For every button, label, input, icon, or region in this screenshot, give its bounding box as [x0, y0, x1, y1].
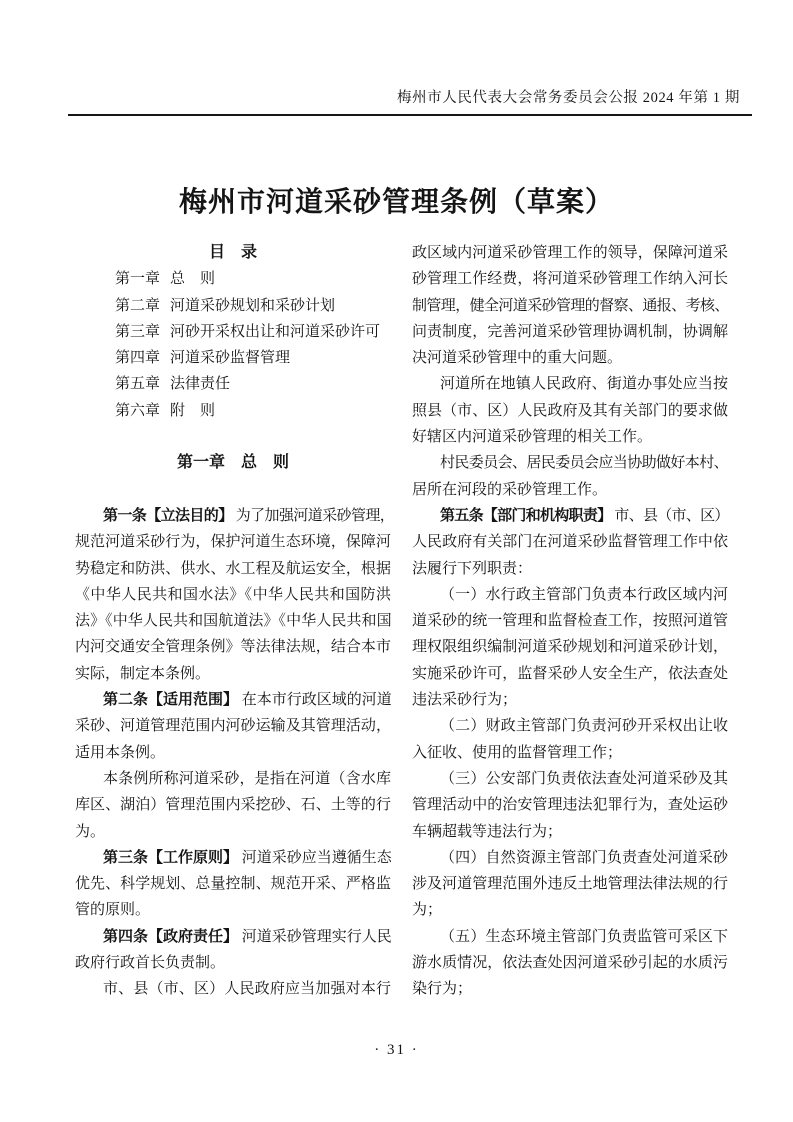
toc-item-title: 河道采砂监督管理	[170, 350, 290, 366]
text-line: 市、县（市、区）人民政府应当加强对本行	[75, 976, 391, 1002]
toc-heading: 目 录	[75, 240, 391, 266]
text-line: 人民政府有关部门在河道采砂监督管理工作中依	[412, 529, 728, 555]
toc-item-title: 河道采砂规划和采砂计划	[170, 298, 335, 314]
text-line: 制管理，健全河道采砂管理的督察、通报、考核、	[412, 293, 728, 319]
left-column-body: 第一条【立法目的】 为了加强河道采砂管理，规范河道采砂行为，保护河道生态环境，保…	[75, 503, 391, 1003]
article-label: 第一条【立法目的】	[103, 507, 233, 524]
text-line: 法履行下列职责：	[412, 556, 728, 582]
text-line: 《中华人民共和国水法》《中华人民共和国防洪	[75, 582, 391, 608]
toc-item: 第四章河道采砂监督管理	[75, 345, 391, 371]
text-line: 道采砂的统一管理和监督检查工作，按照河道管	[412, 608, 728, 634]
text-line: 规范河道采砂行为，保护河道生态环境，保障河	[75, 529, 391, 555]
text-line: （四）自然资源主管部门负责查处河道采砂	[412, 845, 728, 871]
text-line: 优先、科学规划、总量控制、规范开采、严格监	[75, 871, 391, 897]
text-line: 为；	[412, 897, 728, 923]
text-line: 游水质情况，依法查处因河道采砂引起的水质污	[412, 950, 728, 976]
text-line: 照县（市、区）人民政府及其有关部门的要求做	[412, 398, 728, 424]
toc-item: 第三章河砂开采权出让和河道采砂许可	[75, 319, 391, 345]
toc-item-title: 附 则	[170, 403, 215, 419]
text-line: 本条例所称河道采砂，是指在河道（含水库	[75, 766, 391, 792]
right-column: 政区域内河道采砂管理工作的领导，保障河道采砂管理工作经费，将河道采砂管理工作纳入…	[412, 240, 728, 1003]
text-line: 村民委员会、居民委员会应当协助做好本村、	[412, 450, 728, 476]
text-line: 理权限组织编制河道采砂规划和河道采砂计划，	[412, 634, 728, 660]
text-line: 政府行政首长负责制。	[75, 950, 391, 976]
text-line: 决河道采砂管理中的重大问题。	[412, 345, 728, 371]
text-line: 势稳定和防洪、供水、水工程及航运安全，根据	[75, 556, 391, 582]
text-line: 适用本条例。	[75, 740, 391, 766]
text-line: （五）生态环境主管部门负责监管可采区下	[412, 924, 728, 950]
toc-item: 第六章附 则	[75, 398, 391, 424]
text-line: （一）水行政主管部门负责本行政区域内河	[412, 582, 728, 608]
text-line: 库区、湖泊）管理范围内采挖砂、石、土等的行	[75, 792, 391, 818]
journal-header-text: 梅州市人民代表大会常务委员会公报 2024 年第 1 期	[397, 89, 740, 107]
text-line: （二）财政主管部门负责河砂开采权出让收	[412, 713, 728, 739]
right-column-body: 政区域内河道采砂管理工作的领导，保障河道采砂管理工作经费，将河道采砂管理工作纳入…	[412, 240, 728, 1003]
text-line: 入征收、使用的监督管理工作；	[412, 740, 728, 766]
document-title: 梅州市河道采砂管理条例（草案）	[0, 185, 793, 221]
page-number: · 31 ·	[0, 1042, 793, 1059]
text-line: 问责制度，完善河道采砂管理协调机制，协调解	[412, 319, 728, 345]
toc-chapter-label: 第三章	[115, 324, 160, 340]
text-line: 管理活动中的治安管理违法犯罪行为，查处运砂	[412, 792, 728, 818]
toc-chapter-label: 第四章	[115, 350, 160, 366]
text-line: （三）公安部门负责依法查处河道采砂及其	[412, 766, 728, 792]
text-line: 居所在河段的采砂管理工作。	[412, 477, 728, 503]
toc-item: 第一章总 则	[75, 266, 391, 292]
article-label: 第四条【政府责任】	[103, 928, 238, 945]
text-line: 第三条【工作原则】 河道采砂应当遵循生态	[75, 845, 391, 871]
chapter-heading: 第一章 总 则	[75, 450, 391, 476]
text-line: 砂管理工作经费，将河道采砂管理工作纳入河长	[412, 266, 728, 292]
text-line: 好辖区内河道采砂管理的相关工作。	[412, 424, 728, 450]
left-column: 目 录 第一章总 则第二章河道采砂规划和采砂计划第三章河砂开采权出让和河道采砂许…	[75, 240, 391, 1003]
text-line: 河道所在地镇人民政府、街道办事处应当按	[412, 371, 728, 397]
article-label: 第三条【工作原则】	[103, 849, 238, 866]
text-line: 违法采砂行为；	[412, 687, 728, 713]
toc-item-title: 河砂开采权出让和河道采砂许可	[170, 324, 380, 340]
toc-list: 第一章总 则第二章河道采砂规划和采砂计划第三章河砂开采权出让和河道采砂许可第四章…	[75, 266, 391, 424]
toc-item: 第二章河道采砂规划和采砂计划	[75, 293, 391, 319]
article-label: 第五条【部门和机构职责】	[440, 507, 611, 524]
text-line: 第四条【政府责任】 河道采砂管理实行人民	[75, 924, 391, 950]
header-rule	[68, 114, 752, 116]
text-line: 第二条【适用范围】 在本市行政区域的河道	[75, 687, 391, 713]
toc-item-title: 法律责任	[170, 376, 230, 392]
toc-item: 第五章法律责任	[75, 371, 391, 397]
text-line: 第一条【立法目的】 为了加强河道采砂管理，	[75, 503, 391, 529]
text-line: 为。	[75, 819, 391, 845]
toc-item-title: 总 则	[170, 271, 215, 287]
text-line: 政区域内河道采砂管理工作的领导，保障河道采	[412, 240, 728, 266]
text-line: 实际，制定本条例。	[75, 661, 391, 687]
text-line: 实施采砂许可，监督采砂人安全生产，依法查处	[412, 661, 728, 687]
toc-chapter-label: 第六章	[115, 403, 160, 419]
text-line: 管的原则。	[75, 897, 391, 923]
toc-chapter-label: 第二章	[115, 298, 160, 314]
text-line: 涉及河道管理范围外违反土地管理法律法规的行	[412, 871, 728, 897]
text-line: 内河交通安全管理条例》等法律法规，结合本市	[75, 634, 391, 660]
article-label: 第二条【适用范围】	[103, 691, 238, 708]
toc-chapter-label: 第五章	[115, 376, 160, 392]
toc-chapter-label: 第一章	[115, 271, 160, 287]
text-line: 采砂、河道管理范围内河砂运输及其管理活动，	[75, 713, 391, 739]
text-line: 第五条【部门和机构职责】 市、县（市、区）	[412, 503, 728, 529]
text-line: 法》《中华人民共和国航道法》《中华人民共和国	[75, 608, 391, 634]
text-line: 车辆超载等违法行为；	[412, 819, 728, 845]
text-line: 染行为；	[412, 976, 728, 1002]
